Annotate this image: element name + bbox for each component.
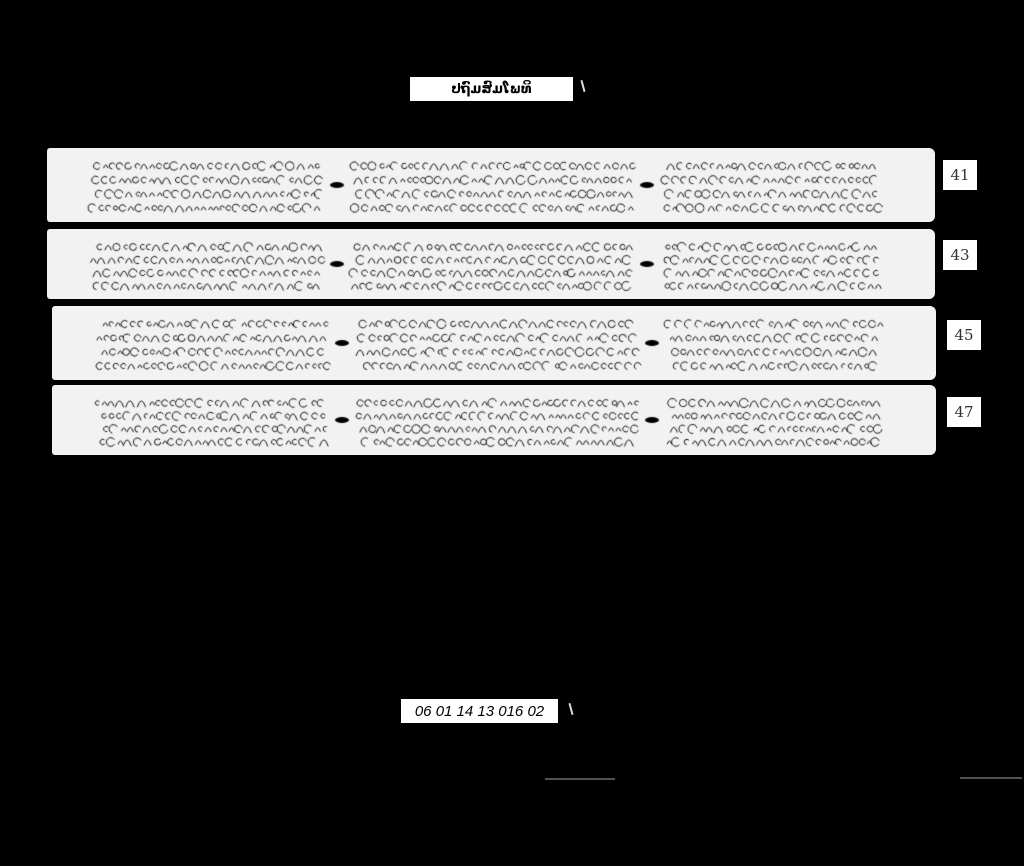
manuscript-title-label: ປຖົມສົມໂພທິ bbox=[410, 77, 573, 101]
palm-leaf-page-45 bbox=[52, 306, 936, 380]
page-number-47: 47 bbox=[947, 397, 981, 427]
page-number-45: 45 bbox=[947, 320, 981, 350]
palm-leaf-page-41 bbox=[47, 148, 935, 222]
scan-artifact bbox=[960, 777, 1022, 779]
marker-tick bbox=[568, 703, 573, 715]
palm-leaf-page-47 bbox=[52, 385, 936, 455]
scan-artifact bbox=[545, 778, 615, 780]
page-number-41: 41 bbox=[943, 160, 977, 190]
page-number-43: 43 bbox=[943, 240, 977, 270]
marker-tick bbox=[580, 80, 585, 92]
palm-leaf-page-43 bbox=[47, 229, 935, 299]
catalog-code-label: 06 01 14 13 016 02 bbox=[401, 699, 558, 723]
